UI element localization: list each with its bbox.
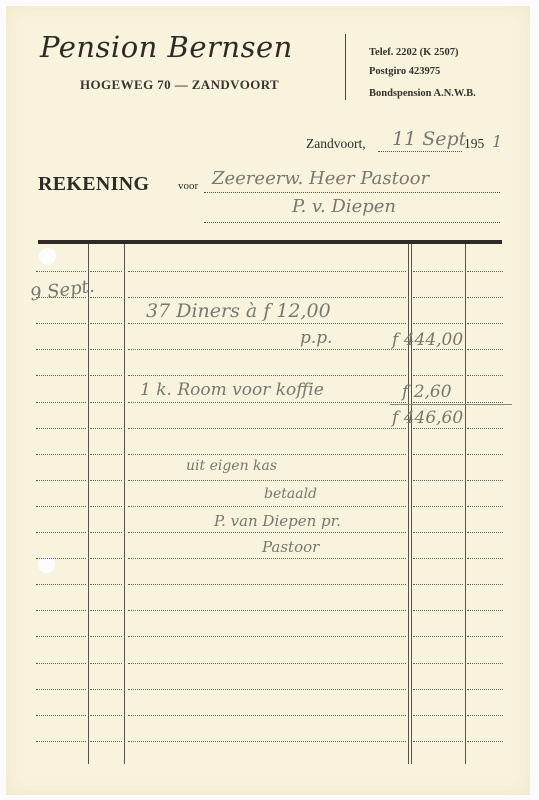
ledger-row-line (36, 689, 86, 690)
ledger-row-line (90, 558, 122, 559)
ledger-row-line (90, 741, 122, 742)
ledger-row-line (467, 689, 503, 690)
ledger-row-line (36, 349, 86, 350)
total-underline (390, 404, 512, 405)
business-address: HOGEWEG 70 — ZANDVOORT (80, 77, 279, 93)
ledger-row-line (467, 532, 503, 533)
ledger-row-line (128, 636, 406, 637)
ledger-row-line (413, 297, 463, 298)
ledger-row-line (467, 636, 503, 637)
membership: Bondspension A.N.W.B. (369, 88, 476, 99)
ledger-row-line (467, 349, 503, 350)
ledger-row-line (467, 715, 503, 716)
ledger-row-line (467, 454, 503, 455)
ledger-row-line (36, 741, 86, 742)
ledger-row-line (36, 402, 86, 403)
ledger-row-line (467, 323, 503, 324)
ledger-row-line (128, 610, 406, 611)
ledger-row-line (36, 323, 86, 324)
year-printed: 195 (464, 136, 484, 152)
ledger-row-line (36, 663, 86, 664)
ledger-row-line (128, 271, 406, 272)
ledger-row-line (36, 375, 86, 376)
ledger-row-line (36, 480, 86, 481)
ledger-row-line (413, 636, 463, 637)
ledger-row-line (413, 663, 463, 664)
entry-description: 37 Diners à f 12,00 (146, 300, 331, 322)
entry-amount: f 2,60 (402, 382, 452, 402)
ledger-row-line (90, 506, 122, 507)
ledger-row-line (90, 636, 122, 637)
ledger-row-line (413, 610, 463, 611)
ledger-row-line (90, 480, 122, 481)
payment-note: uit eigen kas (186, 458, 277, 474)
ledger-row-line (128, 558, 406, 559)
ledger-row-line (36, 715, 86, 716)
ledger-row-line (467, 480, 503, 481)
ledger-row-line (36, 506, 86, 507)
recipient-line-1 (204, 192, 500, 193)
ledger-row-line (36, 428, 86, 429)
invoice-title: REKENING (38, 173, 149, 196)
ledger-row-line (36, 271, 86, 272)
ledger-row-line (128, 506, 406, 507)
ledger-row-line (128, 532, 406, 533)
ledger-row-line (36, 610, 86, 611)
recipient-line-2 (204, 222, 500, 223)
ledger-row-line (90, 454, 122, 455)
ledger-row-line (90, 375, 122, 376)
ledger-row-line (467, 297, 503, 298)
recipient-name: Zeereerw. Heer Pastoor (212, 168, 429, 189)
ledger-row-line (413, 375, 463, 376)
cents-column-divider (465, 244, 466, 764)
ledger-row-line (467, 584, 503, 585)
ref-column-divider (124, 244, 125, 764)
ledger-row-line (128, 454, 406, 455)
date-column-divider (88, 244, 89, 764)
entry-total: f 446,60 (392, 408, 463, 428)
ledger-row-line (467, 428, 503, 429)
ledger-row-line (36, 532, 86, 533)
recipient-name-2: P. v. Diepen (292, 196, 396, 217)
entry-description: p.p. (300, 328, 333, 348)
entry-description: 1 k. Room voor koffie (140, 380, 324, 400)
for-label: voor (178, 180, 198, 192)
ledger-row-line (128, 297, 406, 298)
ledger-row-line (128, 402, 406, 403)
date-dotted-line (378, 151, 462, 152)
ledger-row-line (467, 558, 503, 559)
telephone: Telef. 2202 (K 2507) (369, 47, 458, 58)
ledger-row-line (90, 715, 122, 716)
ledger-row-line (128, 323, 406, 324)
ledger-row-line (467, 610, 503, 611)
ledger-row-line (413, 741, 463, 742)
ledger-row-line (36, 558, 86, 559)
place-label: Zandvoort, (306, 136, 366, 152)
ledger-row-line (90, 402, 122, 403)
ledger-top-rule (38, 240, 502, 244)
postgiro: Postgiro 423975 (369, 66, 440, 77)
ledger-row-line (36, 584, 86, 585)
ledger-row-line (90, 532, 122, 533)
ledger-row-line (90, 323, 122, 324)
ledger-row-line (90, 428, 122, 429)
ledger-row-line (413, 506, 463, 507)
ledger-row-line (128, 715, 406, 716)
ledger-row-line (467, 741, 503, 742)
ledger-row-line (467, 506, 503, 507)
ledger-row-line (413, 323, 463, 324)
ledger-row-line (413, 715, 463, 716)
ledger-row-line (128, 741, 406, 742)
amount-column-divider-a (408, 244, 409, 764)
ledger-row-line (36, 636, 86, 637)
ledger-row-line (90, 689, 122, 690)
ledger-row-line (90, 297, 122, 298)
ledger-row-line (36, 454, 86, 455)
ledger-row-line (90, 349, 122, 350)
payment-note: P. van Diepen pr. (214, 512, 341, 530)
ledger-row-line (128, 584, 406, 585)
amount-column-divider-b (411, 244, 412, 764)
punch-hole-top (39, 248, 56, 265)
ledger-row-line (128, 663, 406, 664)
ledger-row-line (128, 480, 406, 481)
ledger-row-line (467, 663, 503, 664)
ledger-row-line (128, 689, 406, 690)
handwritten-date: 11 Sept (392, 128, 466, 150)
ledger-row-line (467, 271, 503, 272)
ledger-row-line (413, 584, 463, 585)
ledger-row-line (413, 480, 463, 481)
ledger-row-line (413, 689, 463, 690)
letterhead-divider (345, 34, 346, 100)
payment-note: Pastoor (262, 538, 319, 556)
ledger-row-line (128, 428, 406, 429)
ledger-row-line (90, 610, 122, 611)
ledger-row-line (413, 454, 463, 455)
ledger-row-line (90, 584, 122, 585)
ledger-row-line (128, 349, 406, 350)
ledger-row-line (90, 271, 122, 272)
payment-note: betaald (264, 486, 317, 502)
ledger-row-line (90, 663, 122, 664)
ledger-row-line (413, 271, 463, 272)
ledger-row-line (467, 375, 503, 376)
ledger-row-line (413, 532, 463, 533)
ledger-row-line (413, 558, 463, 559)
entry-amount: f 444,00 (392, 330, 463, 350)
ledger-row-line (467, 402, 503, 403)
ledger-row-line (128, 375, 406, 376)
business-name: Pension Bernsen (40, 30, 293, 64)
year-handwritten: 1 (492, 132, 502, 151)
